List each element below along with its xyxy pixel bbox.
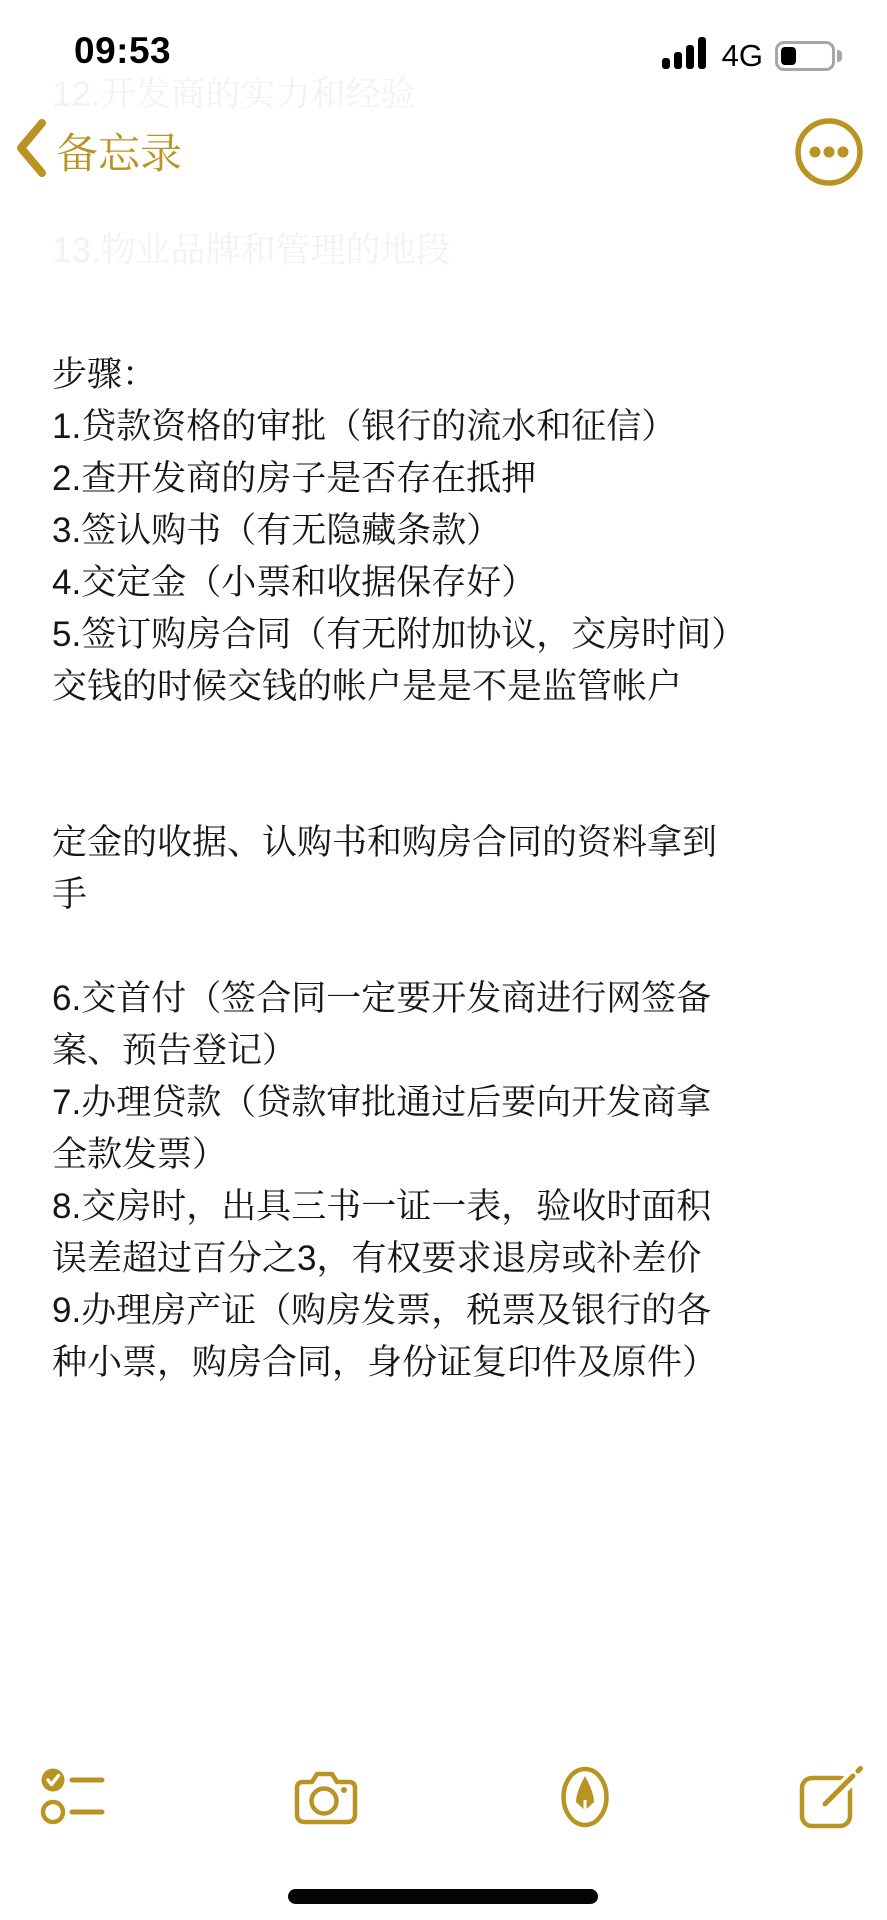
- battery-cap: [837, 50, 842, 62]
- more-ellipsis-icon: [793, 175, 865, 192]
- nav-bar: 备忘录: [0, 118, 887, 202]
- status-time: 09:53: [74, 30, 171, 72]
- back-chevron-icon: [16, 118, 46, 183]
- compose-button[interactable]: [798, 1764, 868, 1835]
- checklist-button[interactable]: [40, 1764, 106, 1835]
- note-body-text[interactable]: 步骤： 1.贷款资格的审批（银行的流水和征信） 2.查开发商的房子是否存在抵押 …: [52, 349, 734, 1389]
- battery-icon: [775, 41, 835, 71]
- markup-pen-icon: [552, 1817, 618, 1834]
- back-button-label: 备忘录: [56, 121, 182, 181]
- ghost-line-2: 13.物业品牌和管理的地段: [52, 225, 734, 277]
- back-button[interactable]: 备忘录: [16, 118, 182, 183]
- more-button[interactable]: [793, 116, 865, 193]
- battery-level: [781, 47, 796, 65]
- camera-icon: [293, 1813, 359, 1830]
- network-type-label: 4G: [722, 38, 763, 74]
- ghost-line-1: 12.开发商的实力和经验: [52, 69, 734, 121]
- markup-button[interactable]: [552, 1764, 618, 1835]
- home-indicator[interactable]: [288, 1889, 598, 1904]
- camera-button[interactable]: [293, 1770, 359, 1831]
- checklist-icon: [40, 1817, 106, 1834]
- notes-app-screen: 12.开发商的实力和经验 13.物业品牌和管理的地段 09:53 4G: [0, 0, 887, 1920]
- bottom-toolbar: [0, 1758, 887, 1842]
- compose-icon: [798, 1817, 868, 1834]
- status-bar-right: 4G: [662, 36, 835, 75]
- cellular-signal-icon: [662, 36, 710, 75]
